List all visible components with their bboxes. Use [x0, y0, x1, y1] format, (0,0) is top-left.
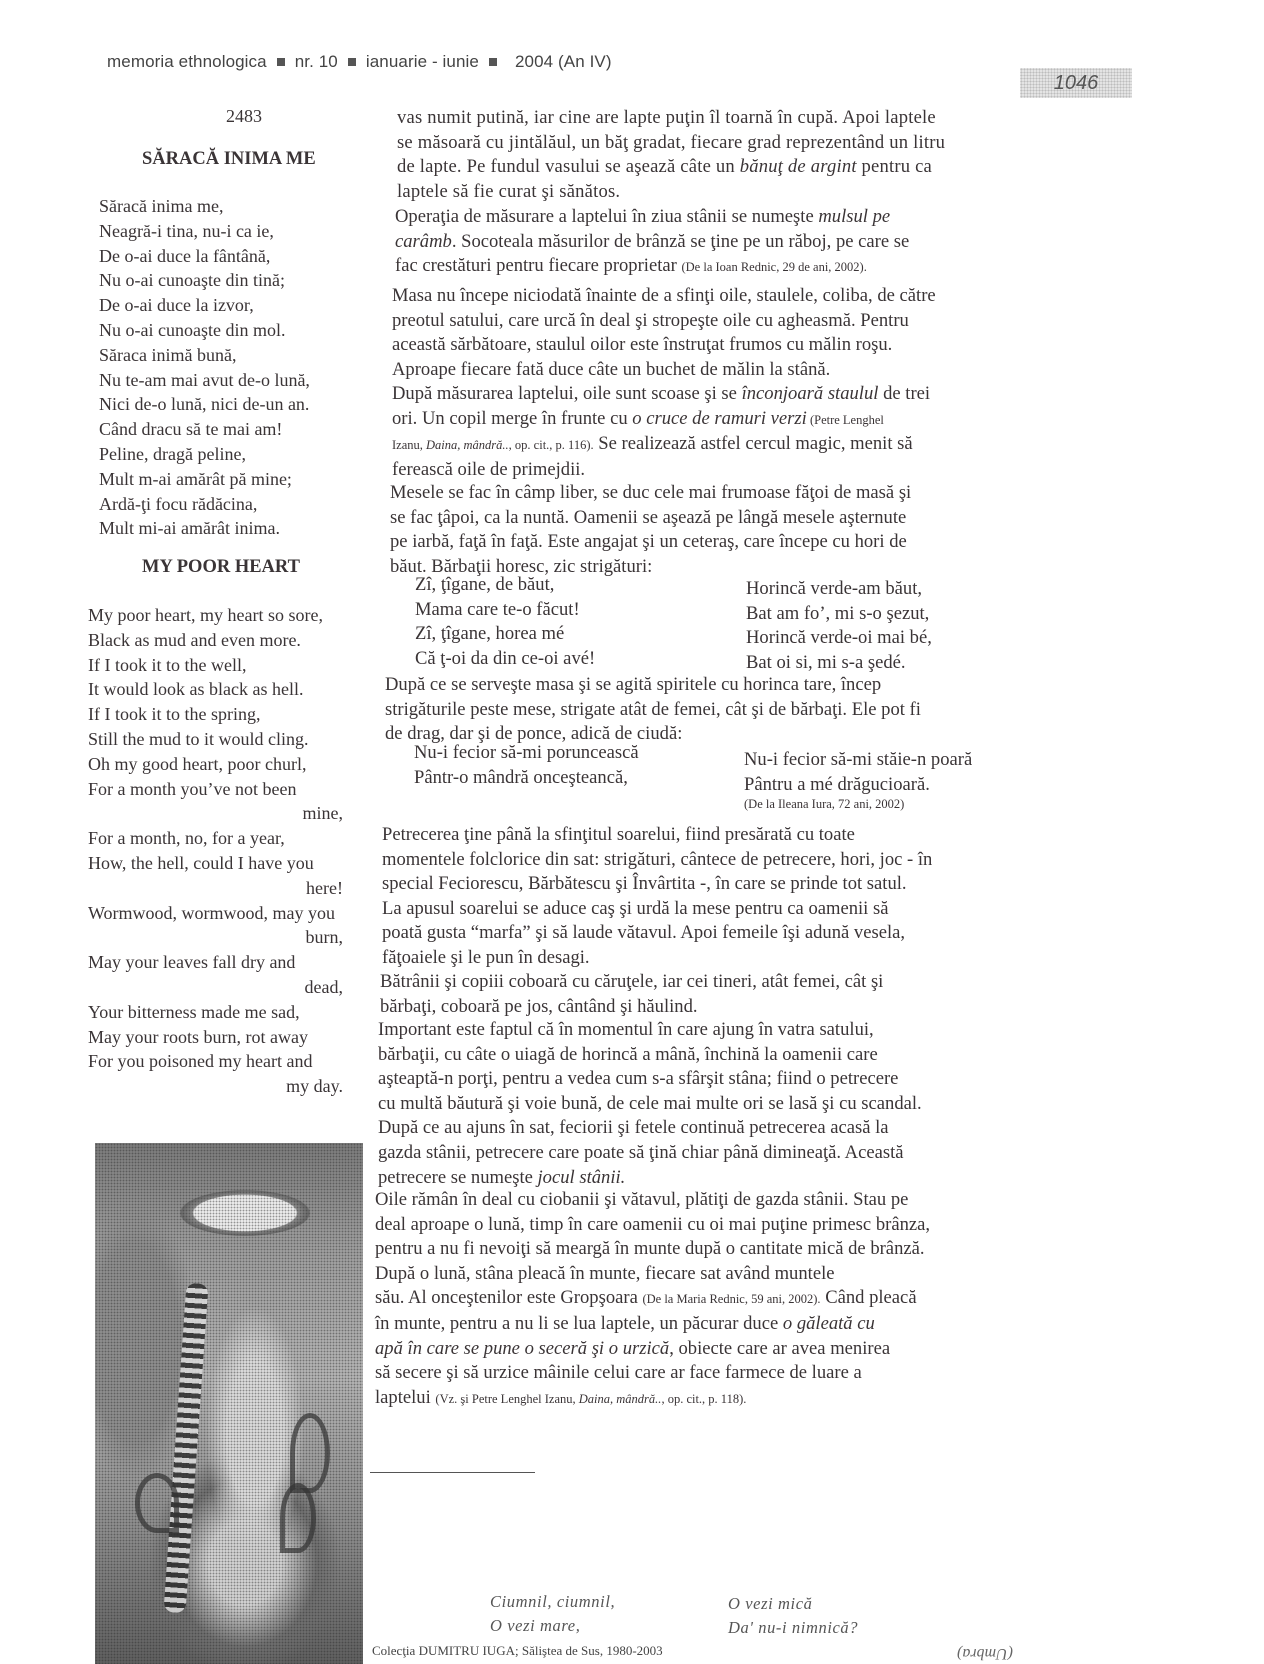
poem-line: Wormwood, wormwood, may you — [88, 901, 343, 926]
jug-photo — [95, 1143, 363, 1664]
floral-motif-icon — [135, 1473, 179, 1533]
article-paragraph-7: Petrecerea ţine până la sfinţitul soarel… — [382, 823, 932, 971]
poem-line: Nu o-ai cunoaşte din tină; — [99, 268, 310, 293]
journal-header: memoria ethnologicanr. 10ianuarie - iuni… — [107, 52, 612, 72]
verse-2-right: Nu-i fecior să-mi stăie-n poară Pântru a… — [744, 748, 972, 797]
poem-line: Nu o-ai cunoaşte din mol. — [99, 318, 310, 343]
floral-motif-icon — [280, 1483, 316, 1553]
footnote-divider — [370, 1472, 535, 1473]
riddle-answer-upside-down: (Umbra) — [957, 1644, 1013, 1662]
poem-line: Săraca inimă bună, — [99, 343, 310, 368]
issue-period: ianuarie - iunie — [366, 52, 479, 71]
riddle-left: Ciumnil, ciumnil, O vezi mare, — [490, 1590, 615, 1638]
poem-line: My poor heart, my heart so sore, — [88, 603, 343, 628]
poem-line: Your bitterness made me sad, — [88, 1000, 343, 1025]
square-bullet-icon — [489, 58, 497, 66]
poem-title-english: MY POOR HEART — [142, 557, 300, 578]
floral-motif-icon — [290, 1413, 330, 1493]
poem-line: Black as mud and even more. — [88, 628, 343, 653]
article-paragraph-4: După măsurarea laptelui, oile sunt scoas… — [392, 382, 930, 482]
poem-line: Peline, dragă peline, — [99, 442, 310, 467]
poem-line: Mult mi-ai amărât inima. — [99, 516, 310, 541]
article-paragraph-6: După ce se serveşte masa şi se agită spi… — [385, 673, 921, 747]
poem-romanian: Săracă inima me,Neagră-i tina, nu-i ca i… — [99, 194, 310, 541]
verse-2-source: (De la Ileana Iura, 72 ani, 2002) — [744, 796, 904, 812]
square-bullet-icon — [348, 58, 356, 66]
article-paragraph-9: Important este faptul că în momentul în … — [378, 1018, 922, 1190]
song-number: 2483 — [226, 106, 262, 127]
poem-line: How, the hell, could I have you — [88, 851, 343, 876]
poem-line: For you poisoned my heart and — [88, 1049, 343, 1074]
poem-line: Oh my good heart, poor churl, — [88, 752, 343, 777]
verse-2-left: Nu-i fecior să-mi poruncească Pântr-o mâ… — [414, 741, 639, 790]
poem-line: If I took it to the well, — [88, 653, 343, 678]
poem-line-continuation: dead, — [88, 975, 343, 1000]
poem-line-continuation: mine, — [88, 801, 343, 826]
poem-line: If I took it to the spring, — [88, 702, 343, 727]
poem-title-romanian: SĂRACĂ INIMA ME — [142, 149, 316, 170]
poem-line-continuation: my day. — [88, 1074, 343, 1099]
poem-english: My poor heart, my heart so sore,Black as… — [88, 603, 343, 1099]
poem-line: For a month you’ve not been — [88, 777, 343, 802]
poem-line: May your roots burn, rot away — [88, 1025, 343, 1050]
journal-name: memoria ethnologica — [107, 52, 267, 71]
riddle-right: O vezi mică Da' nu-i nimnică? — [728, 1592, 858, 1640]
verse-1-left: Zî, ţîgane, de băut, Mama care te-o făcu… — [415, 573, 595, 671]
issue-number: nr. 10 — [295, 52, 338, 71]
poem-line: De o-ai duce la izvor, — [99, 293, 310, 318]
poem-line: May your leaves fall dry and — [88, 950, 343, 975]
source-citation: (De la Ioan Rednic, 29 de ani, 2002). — [681, 260, 866, 274]
poem-line-continuation: here! — [88, 876, 343, 901]
collection-credit: Colecţia DUMITRU IUGA; Sălіştea de Sus, … — [372, 1643, 663, 1659]
poem-line: Când dracu să te mai am! — [99, 417, 310, 442]
poem-line: It would look as black as hell. — [88, 677, 343, 702]
poem-line: De o-ai duce la fântână, — [99, 244, 310, 269]
poem-line-continuation: burn, — [88, 925, 343, 950]
article-paragraph-3: Masa nu începe niciodată înainte de a sf… — [392, 284, 936, 382]
poem-line: Mult m-ai amărât pă mine; — [99, 467, 310, 492]
jug-handle-decoration — [164, 1283, 209, 1614]
square-bullet-icon — [277, 58, 285, 66]
article-paragraph-5: Mesele se fac în câmp liber, se duc cele… — [390, 481, 911, 579]
article-paragraph-1: vas numit putină, iar cine are lapte puţ… — [397, 106, 945, 204]
verse-1-right: Horincă verde-am băut, Bat am fo’, mi s-… — [746, 577, 932, 675]
article-paragraph-10: Oile rămân în deal cu ciobanii şi vătavu… — [375, 1188, 930, 1411]
poem-line: Neagră-i tina, nu-i ca ie, — [99, 219, 310, 244]
page-number: 1046 — [1020, 68, 1132, 98]
poem-line: Nu te-am mai avut de-o lună, — [99, 368, 310, 393]
poem-line: For a month, no, for a year, — [88, 826, 343, 851]
poem-line: Still the mud to it would cling. — [88, 727, 343, 752]
poem-line: Ardă-ţi focu rădăcina, — [99, 492, 310, 517]
poem-line: Nici de-o lună, nici de-un an. — [99, 392, 310, 417]
article-paragraph-2: Operaţia de măsurare a laptelui în ziua … — [395, 205, 909, 280]
issue-year: 2004 (An IV) — [515, 52, 612, 71]
poem-line: Săracă inima me, — [99, 194, 310, 219]
article-paragraph-8: Bătrânii şi copiii coboară cu căruţele, … — [380, 970, 883, 1019]
